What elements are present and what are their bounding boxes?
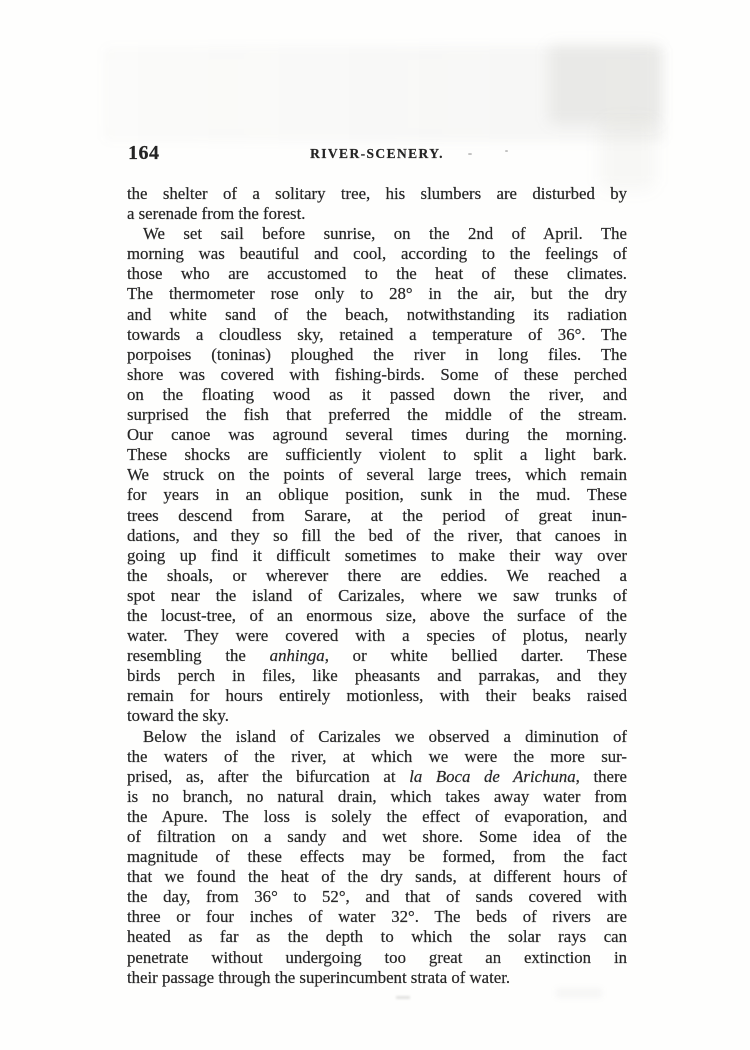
text-line: the waters of the river, at which we wer…	[127, 747, 627, 767]
text-segment: three or four inches of water 32°. The b…	[127, 907, 627, 926]
scan-shading-corner	[548, 44, 660, 124]
text-line: These shocks are sufficiently violent to…	[127, 445, 627, 465]
running-header: RIVER-SCENERY.	[127, 146, 627, 162]
text-segment: that we found the heat of the dry sands,…	[127, 867, 627, 886]
text-segment: the Apure. The loss is solely the effect…	[127, 807, 627, 826]
text-line: towards a cloudless sky, retained a temp…	[127, 325, 627, 345]
italic-text-segment: anhinga	[270, 646, 325, 665]
text-segment: porpoises (toninas) ploughed the river i…	[127, 345, 627, 364]
scanned-book-page: 164 RIVER-SCENERY. the shelter of a soli…	[0, 0, 750, 1050]
text-line: the locust-tree, of an enormous size, ab…	[127, 606, 627, 626]
text-line: of filtration on a sandy and wet shore. …	[127, 827, 627, 847]
text-segment: , or white bellied darter. These	[325, 646, 627, 665]
text-segment: penetrate without undergoing too great a…	[127, 948, 627, 967]
text-line: the shelter of a solitary tree, his slum…	[127, 184, 627, 204]
text-segment: and white sand of the beach, notwithstan…	[127, 305, 627, 324]
text-line: The thermometer rose only to 28° in the …	[127, 284, 627, 304]
text-line: the day, from 36° to 52°, and that of sa…	[127, 887, 627, 907]
text-segment: We set sail before sunrise, on the 2nd o…	[143, 224, 627, 243]
scan-smudge	[556, 988, 602, 998]
text-line: a serenade from the forest.	[127, 204, 627, 224]
text-line: water. They were covered with a species …	[127, 626, 627, 646]
text-segment: the waters of the river, at which we wer…	[127, 747, 627, 766]
text-segment: the shelter of a solitary tree, his slum…	[127, 184, 627, 203]
text-segment: birds perch in files, like pheasants and…	[127, 666, 627, 685]
text-segment: We struck on the points of several large…	[127, 465, 627, 484]
text-segment: towards a cloudless sky, retained a temp…	[127, 325, 627, 344]
text-segment: of filtration on a sandy and wet shore. …	[127, 827, 627, 846]
text-segment: , there	[576, 767, 627, 786]
text-line: shore was covered with fishing-birds. So…	[127, 365, 627, 385]
text-line: three or four inches of water 32°. The b…	[127, 907, 627, 927]
text-segment: shore was covered with fishing-birds. So…	[127, 365, 627, 384]
text-line: resembling the anhinga, or white bellied…	[127, 646, 627, 666]
text-segment: the day, from 36° to 52°, and that of sa…	[127, 887, 627, 906]
text-line: porpoises (toninas) ploughed the river i…	[127, 345, 627, 365]
text-line: that we found the heat of the dry sands,…	[127, 867, 627, 887]
text-segment: is no branch, no natural drain, which ta…	[127, 787, 627, 806]
text-line: Below the island of Carizales we observe…	[127, 727, 627, 747]
text-segment: water. They were covered with a species …	[127, 626, 627, 645]
screenshot-root: { "page": { "number": "164", "running_he…	[0, 0, 750, 1050]
text-segment: toward the sky.	[127, 706, 229, 725]
text-segment: their passage through the superincumbent…	[127, 968, 510, 987]
text-line: spot near the island of Carizales, where…	[127, 586, 627, 606]
text-line: heated as far as the depth to which the …	[127, 927, 627, 947]
text-segment: the locust-tree, of an enormous size, ab…	[127, 606, 627, 625]
text-line: Our canoe was aground several times duri…	[127, 425, 627, 445]
text-line: penetrate without undergoing too great a…	[127, 948, 627, 968]
text-line: dations, and they so fill the bed of the…	[127, 526, 627, 546]
text-line: the Apure. The loss is solely the effect…	[127, 807, 627, 827]
text-segment: prised, as, after the bifurcation at	[127, 767, 409, 786]
text-segment: on the floating wood as it passed down t…	[127, 385, 627, 404]
text-segment: spot near the island of Carizales, where…	[127, 586, 627, 605]
text-segment: morning was beautiful and cool, accordin…	[127, 244, 627, 263]
text-line: for years in an oblique position, sunk i…	[127, 485, 627, 505]
text-segment: heated as far as the depth to which the …	[127, 927, 627, 946]
text-line: going up find it difficult sometimes to …	[127, 546, 627, 566]
italic-text-segment: la Boca de Arichuna	[409, 767, 575, 786]
text-segment: magnitude of these effects may be formed…	[127, 847, 627, 866]
text-segment: the shoals, or wherever there are eddies…	[127, 566, 627, 585]
text-segment: Below the island of Carizales we observe…	[143, 727, 627, 746]
text-line: and white sand of the beach, notwithstan…	[127, 305, 627, 325]
text-line: toward the sky.	[127, 706, 627, 726]
text-segment: The thermometer rose only to 28° in the …	[127, 284, 627, 303]
text-segment: dations, and they so fill the bed of the…	[127, 526, 627, 545]
text-line: We set sail before sunrise, on the 2nd o…	[127, 224, 627, 244]
text-line: remain for hours entirely motionless, wi…	[127, 686, 627, 706]
text-segment: These shocks are sufficiently violent to…	[127, 445, 627, 464]
text-line: trees descend from Sarare, at the period…	[127, 506, 627, 526]
text-line: magnitude of these effects may be formed…	[127, 847, 627, 867]
text-line: is no branch, no natural drain, which ta…	[127, 787, 627, 807]
scan-smudge	[396, 996, 410, 999]
text-line: prised, as, after the bifurcation at la …	[127, 767, 627, 787]
text-line: those who are accustomed to the heat of …	[127, 264, 627, 284]
page-text: the shelter of a solitary tree, his slum…	[127, 184, 627, 988]
text-segment: those who are accustomed to the heat of …	[127, 264, 627, 283]
text-segment: for years in an oblique position, sunk i…	[127, 485, 627, 504]
text-segment: trees descend from Sarare, at the period…	[127, 506, 627, 525]
text-segment: a serenade from the forest.	[127, 204, 305, 223]
text-segment: Our canoe was aground several times duri…	[127, 425, 627, 444]
text-line: birds perch in files, like pheasants and…	[127, 666, 627, 686]
page-header: 164 RIVER-SCENERY.	[127, 142, 627, 168]
text-line: their passage through the superincumbent…	[127, 968, 627, 988]
text-line: on the floating wood as it passed down t…	[127, 385, 627, 405]
text-segment: surprised the fish that preferred the mi…	[127, 405, 627, 424]
text-line: surprised the fish that preferred the mi…	[127, 405, 627, 425]
text-line: We struck on the points of several large…	[127, 465, 627, 485]
text-line: morning was beautiful and cool, accordin…	[127, 244, 627, 264]
text-segment: remain for hours entirely motionless, wi…	[127, 686, 627, 705]
text-segment: going up find it difficult sometimes to …	[127, 546, 627, 565]
text-segment: resembling the	[127, 646, 270, 665]
text-line: the shoals, or wherever there are eddies…	[127, 566, 627, 586]
